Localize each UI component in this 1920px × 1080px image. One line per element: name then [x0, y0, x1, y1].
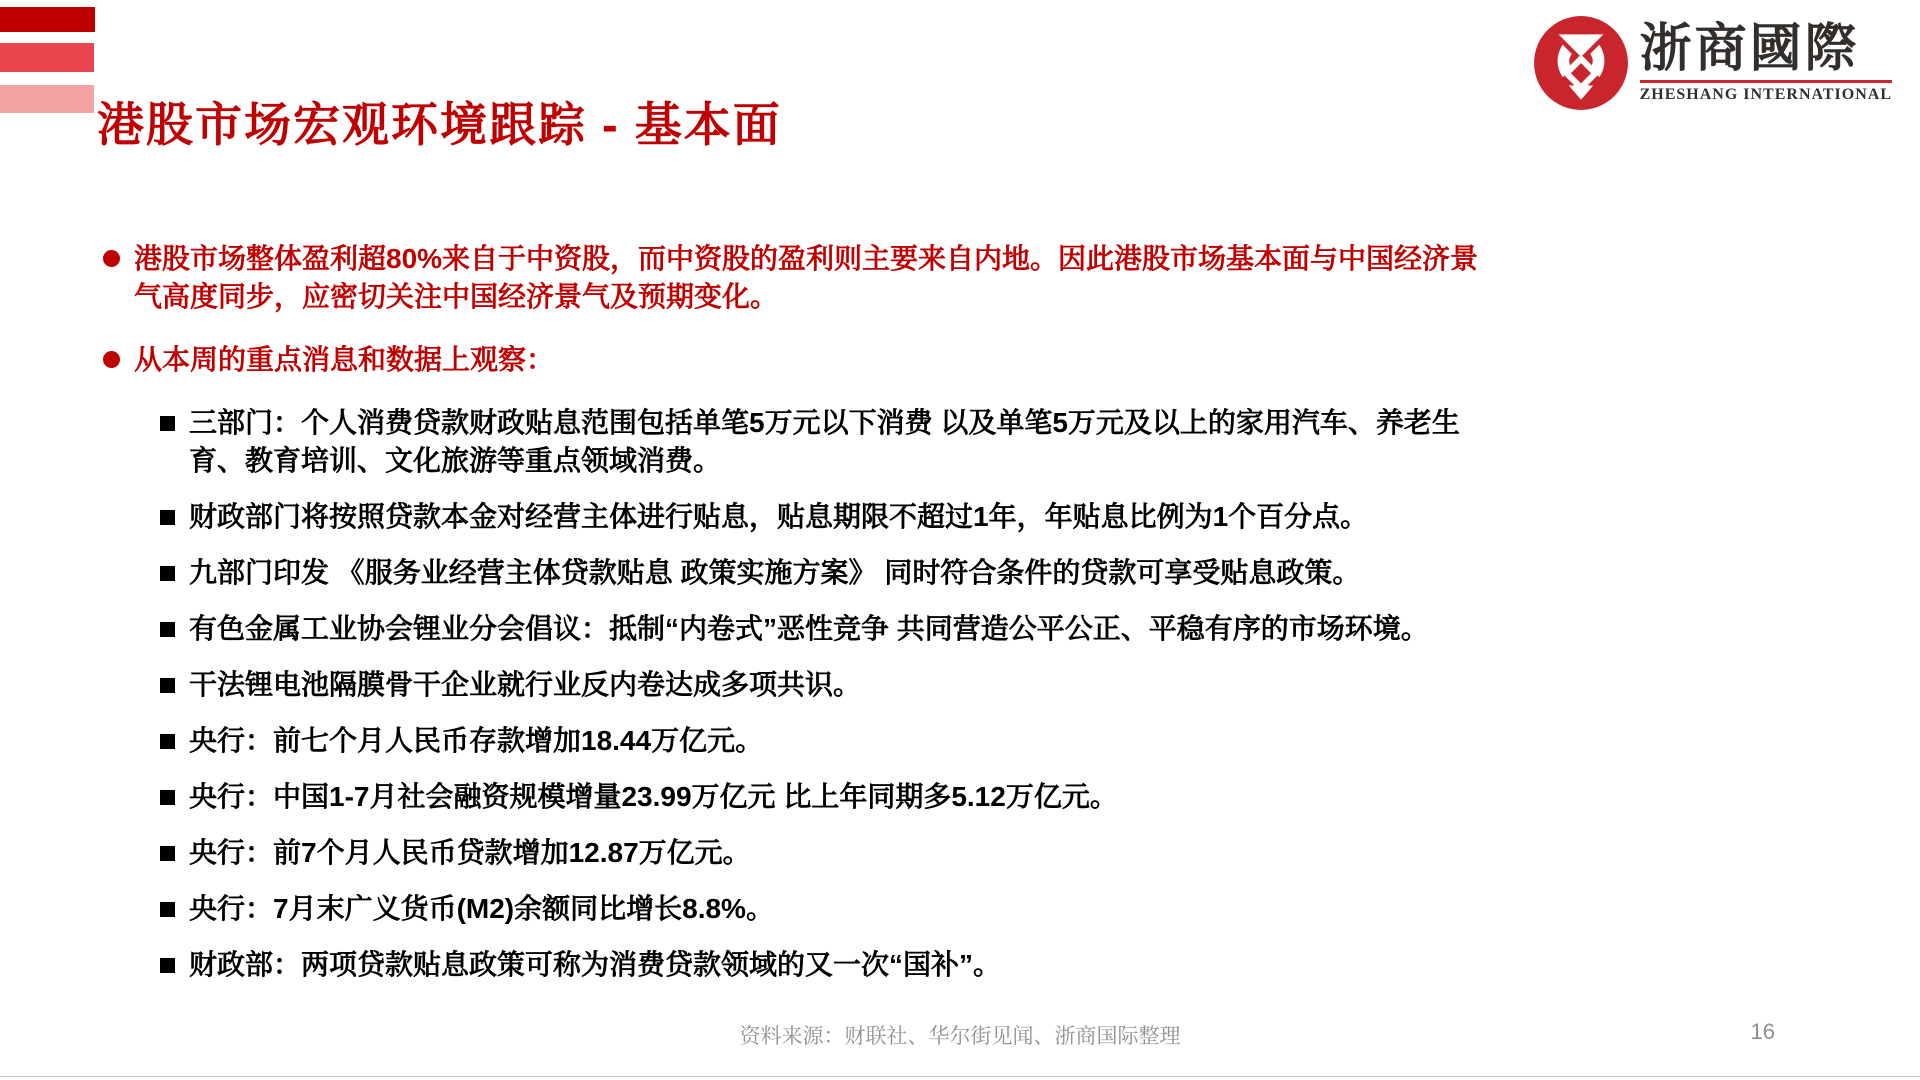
deco-bar-dark: [0, 7, 95, 32]
list-item: 干法锂电池隔膜骨干企业就行业反内卷达成多项共识。: [160, 666, 1523, 704]
deco-bar-light: [0, 85, 94, 113]
page-number: 16: [1751, 1019, 1775, 1045]
company-logo: 浙商國際 ZHESHANG INTERNATIONAL: [1532, 14, 1892, 112]
bullet-item: 从本周的重点消息和数据上观察：: [103, 341, 1523, 379]
sub-bullet-list: 三部门：个人消费贷款财政贴息范围包括单笔5万元以下消费 以及单笔5万元及以上的家…: [160, 404, 1523, 984]
zheshang-logo-icon: [1532, 14, 1630, 112]
square-bullet-icon: [160, 566, 175, 581]
logo-text-block: 浙商國際 ZHESHANG INTERNATIONAL: [1640, 22, 1892, 104]
list-item: 财政部门将按照贷款本金对经营主体进行贴息，贴息期限不超过1年，年贴息比例为1个百…: [160, 498, 1523, 536]
list-item-text: 财政部：两项贷款贴息政策可称为消费贷款领域的又一次“国补”。: [189, 946, 1001, 984]
bullet-text: 港股市场整体盈利超80%来自于中资股，而中资股的盈利则主要来自内地。因此港股市场…: [134, 240, 1484, 316]
list-item-text: 有色金属工业协会锂业分会倡议：抵制“内卷式”恶性竞争 共同营造公平公正、平稳有序…: [189, 610, 1429, 648]
list-item-text: 央行：7月末广义货币(M2)余额同比增长8.8%。: [189, 890, 774, 928]
list-item: 央行：中国1-7月社会融资规模增量23.99万亿元 比上年同期多5.12万亿元。: [160, 778, 1523, 816]
slide-body: 港股市场整体盈利超80%来自于中资股，而中资股的盈利则主要来自内地。因此港股市场…: [103, 240, 1523, 1002]
slide: 港股市场宏观环境跟踪 - 基本面 浙商國際 ZHESHANG INTERNATI…: [0, 0, 1920, 1080]
list-item-text: 干法锂电池隔膜骨干企业就行业反内卷达成多项共识。: [189, 666, 861, 704]
list-item-text: 央行：前七个月人民币存款增加18.44万亿元。: [189, 722, 763, 760]
square-bullet-icon: [160, 678, 175, 693]
list-item-text: 央行：前7个月人民币贷款增加12.87万亿元。: [189, 834, 751, 872]
list-item-text: 财政部门将按照贷款本金对经营主体进行贴息，贴息期限不超过1年，年贴息比例为1个百…: [189, 498, 1368, 536]
list-item-text: 央行：中国1-7月社会融资规模增量23.99万亿元 比上年同期多5.12万亿元。: [189, 778, 1118, 816]
page-title: 港股市场宏观环境跟踪 - 基本面: [97, 88, 782, 155]
list-item: 央行：7月末广义货币(M2)余额同比增长8.8%。: [160, 890, 1523, 928]
round-bullet-icon: [103, 250, 120, 267]
bullet-item: 港股市场整体盈利超80%来自于中资股，而中资股的盈利则主要来自内地。因此港股市场…: [103, 240, 1523, 316]
deco-bar-medium: [0, 43, 94, 72]
square-bullet-icon: [160, 958, 175, 973]
square-bullet-icon: [160, 622, 175, 637]
list-item: 九部门印发 《服务业经营主体贷款贴息 政策实施方案》 同时符合条件的贷款可享受贴…: [160, 554, 1523, 592]
logo-divider: [1640, 80, 1892, 83]
square-bullet-icon: [160, 416, 175, 431]
list-item: 财政部：两项贷款贴息政策可称为消费贷款领域的又一次“国补”。: [160, 946, 1523, 984]
round-bullet-icon: [103, 351, 120, 368]
square-bullet-icon: [160, 790, 175, 805]
square-bullet-icon: [160, 846, 175, 861]
list-item: 有色金属工业协会锂业分会倡议：抵制“内卷式”恶性竞争 共同营造公平公正、平稳有序…: [160, 610, 1523, 648]
square-bullet-icon: [160, 734, 175, 749]
bottom-divider: [0, 1076, 1920, 1077]
bullet-text: 从本周的重点消息和数据上观察：: [134, 341, 554, 379]
square-bullet-icon: [160, 510, 175, 525]
source-note: 资料来源：财联社、华尔街见闻、浙商国际整理: [0, 1020, 1920, 1050]
list-item: 央行：前7个月人民币贷款增加12.87万亿元。: [160, 834, 1523, 872]
list-item-text: 九部门印发 《服务业经营主体贷款贴息 政策实施方案》 同时符合条件的贷款可享受贴…: [189, 554, 1360, 592]
logo-name-en: ZHESHANG INTERNATIONAL: [1640, 86, 1892, 104]
logo-name-cn: 浙商國際: [1640, 22, 1860, 78]
list-item-text: 三部门：个人消费贷款财政贴息范围包括单笔5万元以下消费 以及单笔5万元及以上的家…: [189, 404, 1499, 480]
list-item: 央行：前七个月人民币存款增加18.44万亿元。: [160, 722, 1523, 760]
list-item: 三部门：个人消费贷款财政贴息范围包括单笔5万元以下消费 以及单笔5万元及以上的家…: [160, 404, 1523, 480]
square-bullet-icon: [160, 902, 175, 917]
